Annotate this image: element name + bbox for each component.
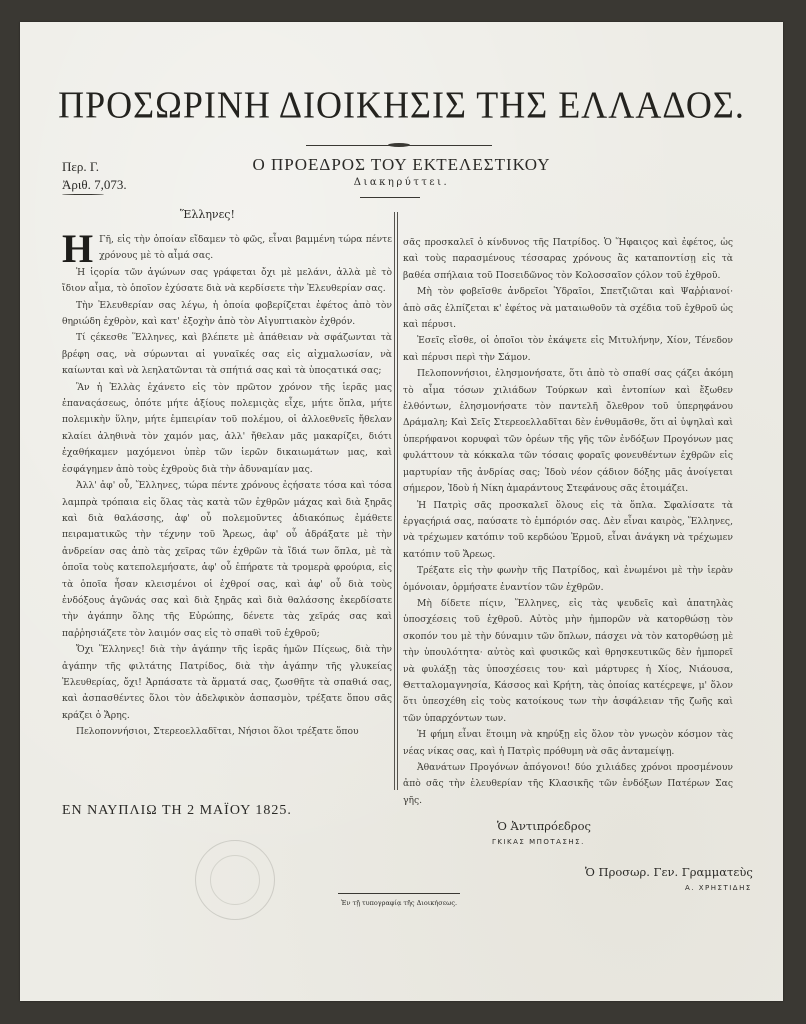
main-title: ΠΡΟΣΩΡΙΝΗ ΔΙΟΙΚΗΣΙΣ ΤΗΣ ΕΛΛΑΔΟΣ. (20, 83, 783, 127)
date-line: ΕΝ ΝΑΥΠΛΙΩ ΤΗ 2 ΜΑΪΟΥ 1825. (62, 803, 292, 819)
paragraph: ΗΓῆ, εἰς τὴν ὁποίαν εἴδαμεν τὸ φῶς, εἶνα… (62, 232, 392, 265)
printer-imprint: Ἐν τῇ τυπογραφίᾳ τῆς Διοικήσεως. (338, 899, 460, 907)
document-page: ΠΡΟΣΩΡΙΝΗ ΔΙΟΙΚΗΣΙΣ ΤΗΣ ΕΛΛΑΔΟΣ. Περ. Γ.… (20, 22, 783, 1001)
paragraph: Τὴν Ἐλευθερίαν σας λέγω, ἡ ὁποία φοβερίζ… (62, 298, 392, 331)
subtitle: Ο ΠΡΟΕΔΡΟΣ ΤΟΥ ΕΚΤΕΛΕΣΤΙΚΟΥ (20, 155, 783, 175)
paragraph: Ἂν ἡ Ἑλλὰς ἐχάνετο εἰς τὸν πρῶτον χρόνον… (62, 380, 392, 478)
paragraph: Μὴ τὸν φοβεῖσθε ἀνδρεῖοι Ὑδραῖοι, Σπετζι… (403, 284, 733, 333)
paragraph: Τί ςέκεσθε Ἕλληνες, καὶ βλέπετε μὲ ἀπάθε… (62, 330, 392, 379)
faded-seal-stamp (195, 840, 275, 920)
paragraph: Ἡ ἱςορία τῶν ἀγώνων σας γράφεται ὄχι μὲ … (62, 265, 392, 298)
signature-vice-president-title: Ὁ Ἀντιπρόεδρος (497, 819, 591, 833)
column-left: ΗΓῆ, εἰς τὴν ὁποίαν εἴδαμεν τὸ φῶς, εἶνα… (62, 232, 392, 741)
column-right: σᾶς προσκαλεῖ ὁ κίνδυνος τῆς Πατρίδος. Ὁ… (403, 235, 733, 809)
reference-underline (62, 194, 104, 195)
proclaims-label: Διακηρύττει. (20, 177, 783, 188)
paragraph: Ἀλλ' ἀφ' οὗ, Ἕλληνες, τώρα πέντε χρόνους… (62, 478, 392, 642)
column-divider (394, 212, 398, 790)
paragraph: Μὴ δίδετε πίςιν, Ἕλληνες, εἰς τὰς ψευδεῖ… (403, 596, 733, 727)
paragraph: σᾶς προσκαλεῖ ὁ κίνδυνος τῆς Πατρίδος. Ὁ… (403, 235, 733, 284)
signature-secretary-name: Α. ΧΡΗΣΤΙΔΗΣ (685, 884, 752, 892)
signature-vice-president-name: ΓΚΙΚΑΣ ΜΠΟΤΑΣΗΣ. (492, 838, 585, 846)
title-ornament-rule (306, 145, 492, 146)
greeting: Ἕλληνες! (180, 208, 235, 221)
paragraph: Ἀθανάτων Προγόνων ἀπόγονοι! δύο χιλιάδες… (403, 760, 733, 809)
paragraph: Πελοποννήσιοι, ἐλησμονήσατε, ὅτι ἀπὸ τὸ … (403, 366, 733, 497)
paragraph: Πελοποννήσιοι, Στερεοελλαδῖται, Νήσιοι ὅ… (62, 724, 392, 740)
paragraph: Τρέξατε εἰς τὴν φωνὴν τῆς Πατρίδος, καὶ … (403, 563, 733, 596)
printer-rule (338, 893, 460, 894)
paragraph: Ἡ φήμη εἶναι ἕτοιμη νὰ κηρύξῃ εἰς ὅλον τ… (403, 727, 733, 760)
paragraph: Ἐσεῖς εἴσθε, οἱ ὁποῖοι τὸν ἐκάψετε εἰς Μ… (403, 333, 733, 366)
paragraph: Ὄχι Ἕλληνες! διὰ τὴν ἀγάπην τῆς ἱερᾶς ἡμ… (62, 642, 392, 724)
dropcap: Η (62, 234, 93, 264)
paragraph: Ἡ Πατρὶς σᾶς προσκαλεῖ ὅλους εἰς τὰ ὅπλα… (403, 498, 733, 564)
proclaims-rule (360, 197, 420, 198)
signature-secretary-title: Ὁ Προσωρ. Γεν. Γραμματεὺς (585, 865, 753, 879)
